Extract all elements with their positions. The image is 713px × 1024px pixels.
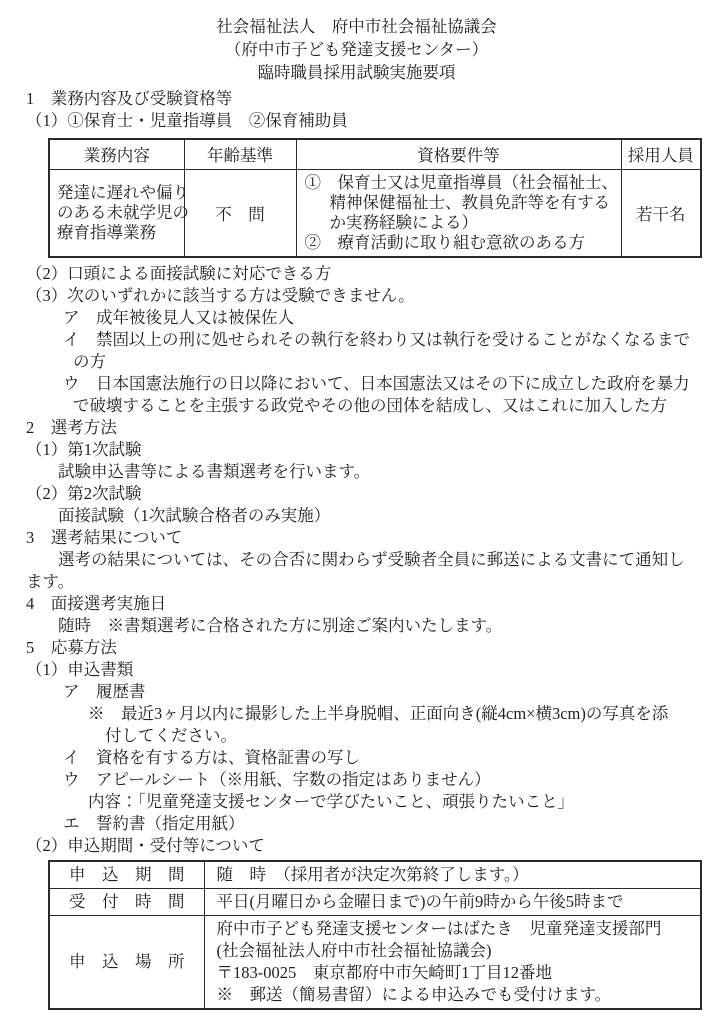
application-place-line: ※ 郵送（簡易書留）による申込みでも受付けます。: [217, 984, 695, 1006]
title-line-organization: 社会福祉法人 府中市社会福祉協議会: [0, 15, 713, 38]
reception-hours-line: 平日(月曜日から金曜日まで)の午前9時から午後5時まで: [217, 891, 695, 913]
section3-heading: 3 選考結果について: [0, 527, 713, 549]
disqualification-item-c: ウ 日本国憲法施行の日以降において、日本国憲法又はその下に成立した政府を暴力: [0, 373, 713, 395]
section5-item2-application-period: （2）申込期間・受付等について: [0, 835, 713, 857]
requirements-cell: ① 保育士又は児童指導員（社会福祉士、 精神保健福祉士、教員免許等を有する か実…: [296, 169, 621, 257]
document-item-b-certificates: イ 資格を有する方は、資格証書の写し: [0, 747, 713, 769]
application-place-value: 府中市子ども発達支援センターはばたき 児童発達支援部門 (社会福祉法人府中市社会…: [204, 915, 701, 1009]
document-title: 社会福祉法人 府中市社会福祉協議会 （府中市子ども発達支援センター） 臨時職員採…: [0, 15, 713, 84]
eligibility-table: 業務内容 年齢基準 資格要件等 採用人員 発達に遅れや偏り のある未就学児の 療…: [48, 138, 702, 258]
header-requirements: 資格要件等: [296, 139, 621, 169]
reception-hours-value: 平日(月曜日から金曜日まで)の午前9時から午後5時まで: [204, 888, 701, 915]
requirement-line: ① 保育士又は児童指導員（社会福祉士、: [305, 173, 617, 193]
duties-line: 療育指導業務: [57, 223, 181, 243]
section2-item1-first-exam: （1）第1次試験: [0, 439, 713, 461]
document-page: 社会福祉法人 府中市社会福祉協議会 （府中市子ども発達支援センター） 臨時職員採…: [0, 0, 713, 1024]
duties-line: のある未就学児の: [57, 203, 181, 223]
disqualification-item-c-continued: で破壊することを主張する政党やその他の団体を結成し、又はこれに加入した方: [0, 395, 713, 417]
disqualification-item-a: ア 成年被後見人又は被保佐人: [0, 307, 713, 329]
disqualification-item-b-continued: の方: [0, 351, 713, 373]
openings-cell: 若干名: [621, 169, 701, 257]
application-place-row: 申 込 場 所 府中市子ども発達支援センターはばたき 児童発達支援部門 (社会福…: [49, 915, 701, 1009]
application-period-line: 随 時 （採用者が決定次第終了します。）: [217, 864, 695, 886]
document-item-c-appeal-sheet: ウ アピールシート（※用紙、字数の指定はありません）: [0, 769, 713, 791]
section5-heading: 5 応募方法: [0, 637, 713, 659]
application-place-line: 〒183-0025 東京都府中市矢崎町1丁目12番地: [217, 962, 695, 984]
eligibility-table-header-row: 業務内容 年齢基準 資格要件等 採用人員: [49, 139, 701, 169]
requirement-line: ② 療育活動に取り組む意欲のある方: [305, 233, 617, 253]
section3-body-continued: ます。: [0, 571, 713, 593]
application-place-line: (社会福祉法人府中市社会福祉協議会): [217, 940, 695, 962]
requirement-line: 精神保健福祉士、教員免許等を有する: [305, 193, 617, 213]
reception-hours-label: 受 付 時 間: [49, 888, 204, 915]
section4-heading: 4 面接選考実施日: [0, 593, 713, 615]
section4-body: 随時 ※書類選考に合格された方に別途ご案内いたします。: [0, 615, 713, 637]
title-line-center: （府中市子ども発達支援センター）: [0, 38, 713, 61]
section1-item3-disqualification-intro: （3）次のいずれかに該当する方は受験できません。: [0, 285, 713, 307]
application-period-value: 随 時 （採用者が決定次第終了します。）: [204, 861, 701, 889]
section1-item2-interview-note: （2）口頭による面接試験に対応できる方: [0, 263, 713, 285]
appeal-sheet-topic: 内容：「児童発達支援センターで学びたいこと、頑張りたいこと」: [0, 791, 713, 813]
section1-item1-positions: （1）①保育士・児童指導員 ②保育補助員: [0, 110, 713, 132]
resume-photo-note-continued: 付してください。: [0, 725, 713, 747]
age-basis-cell: 不 問: [184, 169, 296, 257]
application-place-line: 府中市子ども発達支援センターはばたき 児童発達支援部門: [217, 918, 695, 940]
header-duties: 業務内容: [49, 139, 184, 169]
section2-item2-body: 面接試験（1次試験合格者のみ実施）: [0, 505, 713, 527]
application-place-label: 申 込 場 所: [49, 915, 204, 1009]
eligibility-table-row: 発達に遅れや偏り のある未就学児の 療育指導業務 不 問 ① 保育士又は児童指導…: [49, 169, 701, 257]
application-period-label: 申 込 期 間: [49, 861, 204, 889]
duties-cell: 発達に遅れや偏り のある未就学児の 療育指導業務: [49, 169, 184, 257]
title-line-subject: 臨時職員採用試験実施要項: [0, 61, 713, 84]
document-item-d-pledge: エ 誓約書（指定用紙）: [0, 813, 713, 835]
section1-heading: 1 業務内容及び受験資格等: [0, 88, 713, 110]
section5-item1-documents: （1）申込書類: [0, 659, 713, 681]
section2-item1-body: 試験申込書等による書類選考を行います。: [0, 461, 713, 483]
application-table: 申 込 期 間 随 時 （採用者が決定次第終了します。） 受 付 時 間 平日(…: [48, 860, 702, 1010]
section2-item2-second-exam: （2）第2次試験: [0, 483, 713, 505]
requirement-line: か実務経験による）: [305, 213, 617, 233]
application-period-row: 申 込 期 間 随 時 （採用者が決定次第終了します。）: [49, 861, 701, 889]
header-openings: 採用人員: [621, 139, 701, 169]
section2-heading: 2 選考方法: [0, 417, 713, 439]
document-item-a-resume: ア 履歴書: [0, 681, 713, 703]
section3-body: 選考の結果については、その合否に関わらず受験者全員に郵送による文書にて通知し: [0, 549, 713, 571]
header-age-basis: 年齢基準: [184, 139, 296, 169]
resume-photo-note: ※ 最近3ヶ月以内に撮影した上半身脱帽、正面向き(縦4cm×横3cm)の写真を添: [0, 703, 713, 725]
reception-hours-row: 受 付 時 間 平日(月曜日から金曜日まで)の午前9時から午後5時まで: [49, 888, 701, 915]
duties-line: 発達に遅れや偏り: [57, 183, 181, 203]
disqualification-item-b: イ 禁固以上の刑に処せられその執行を終わり又は執行を受けることがなくなるまで: [0, 329, 713, 351]
